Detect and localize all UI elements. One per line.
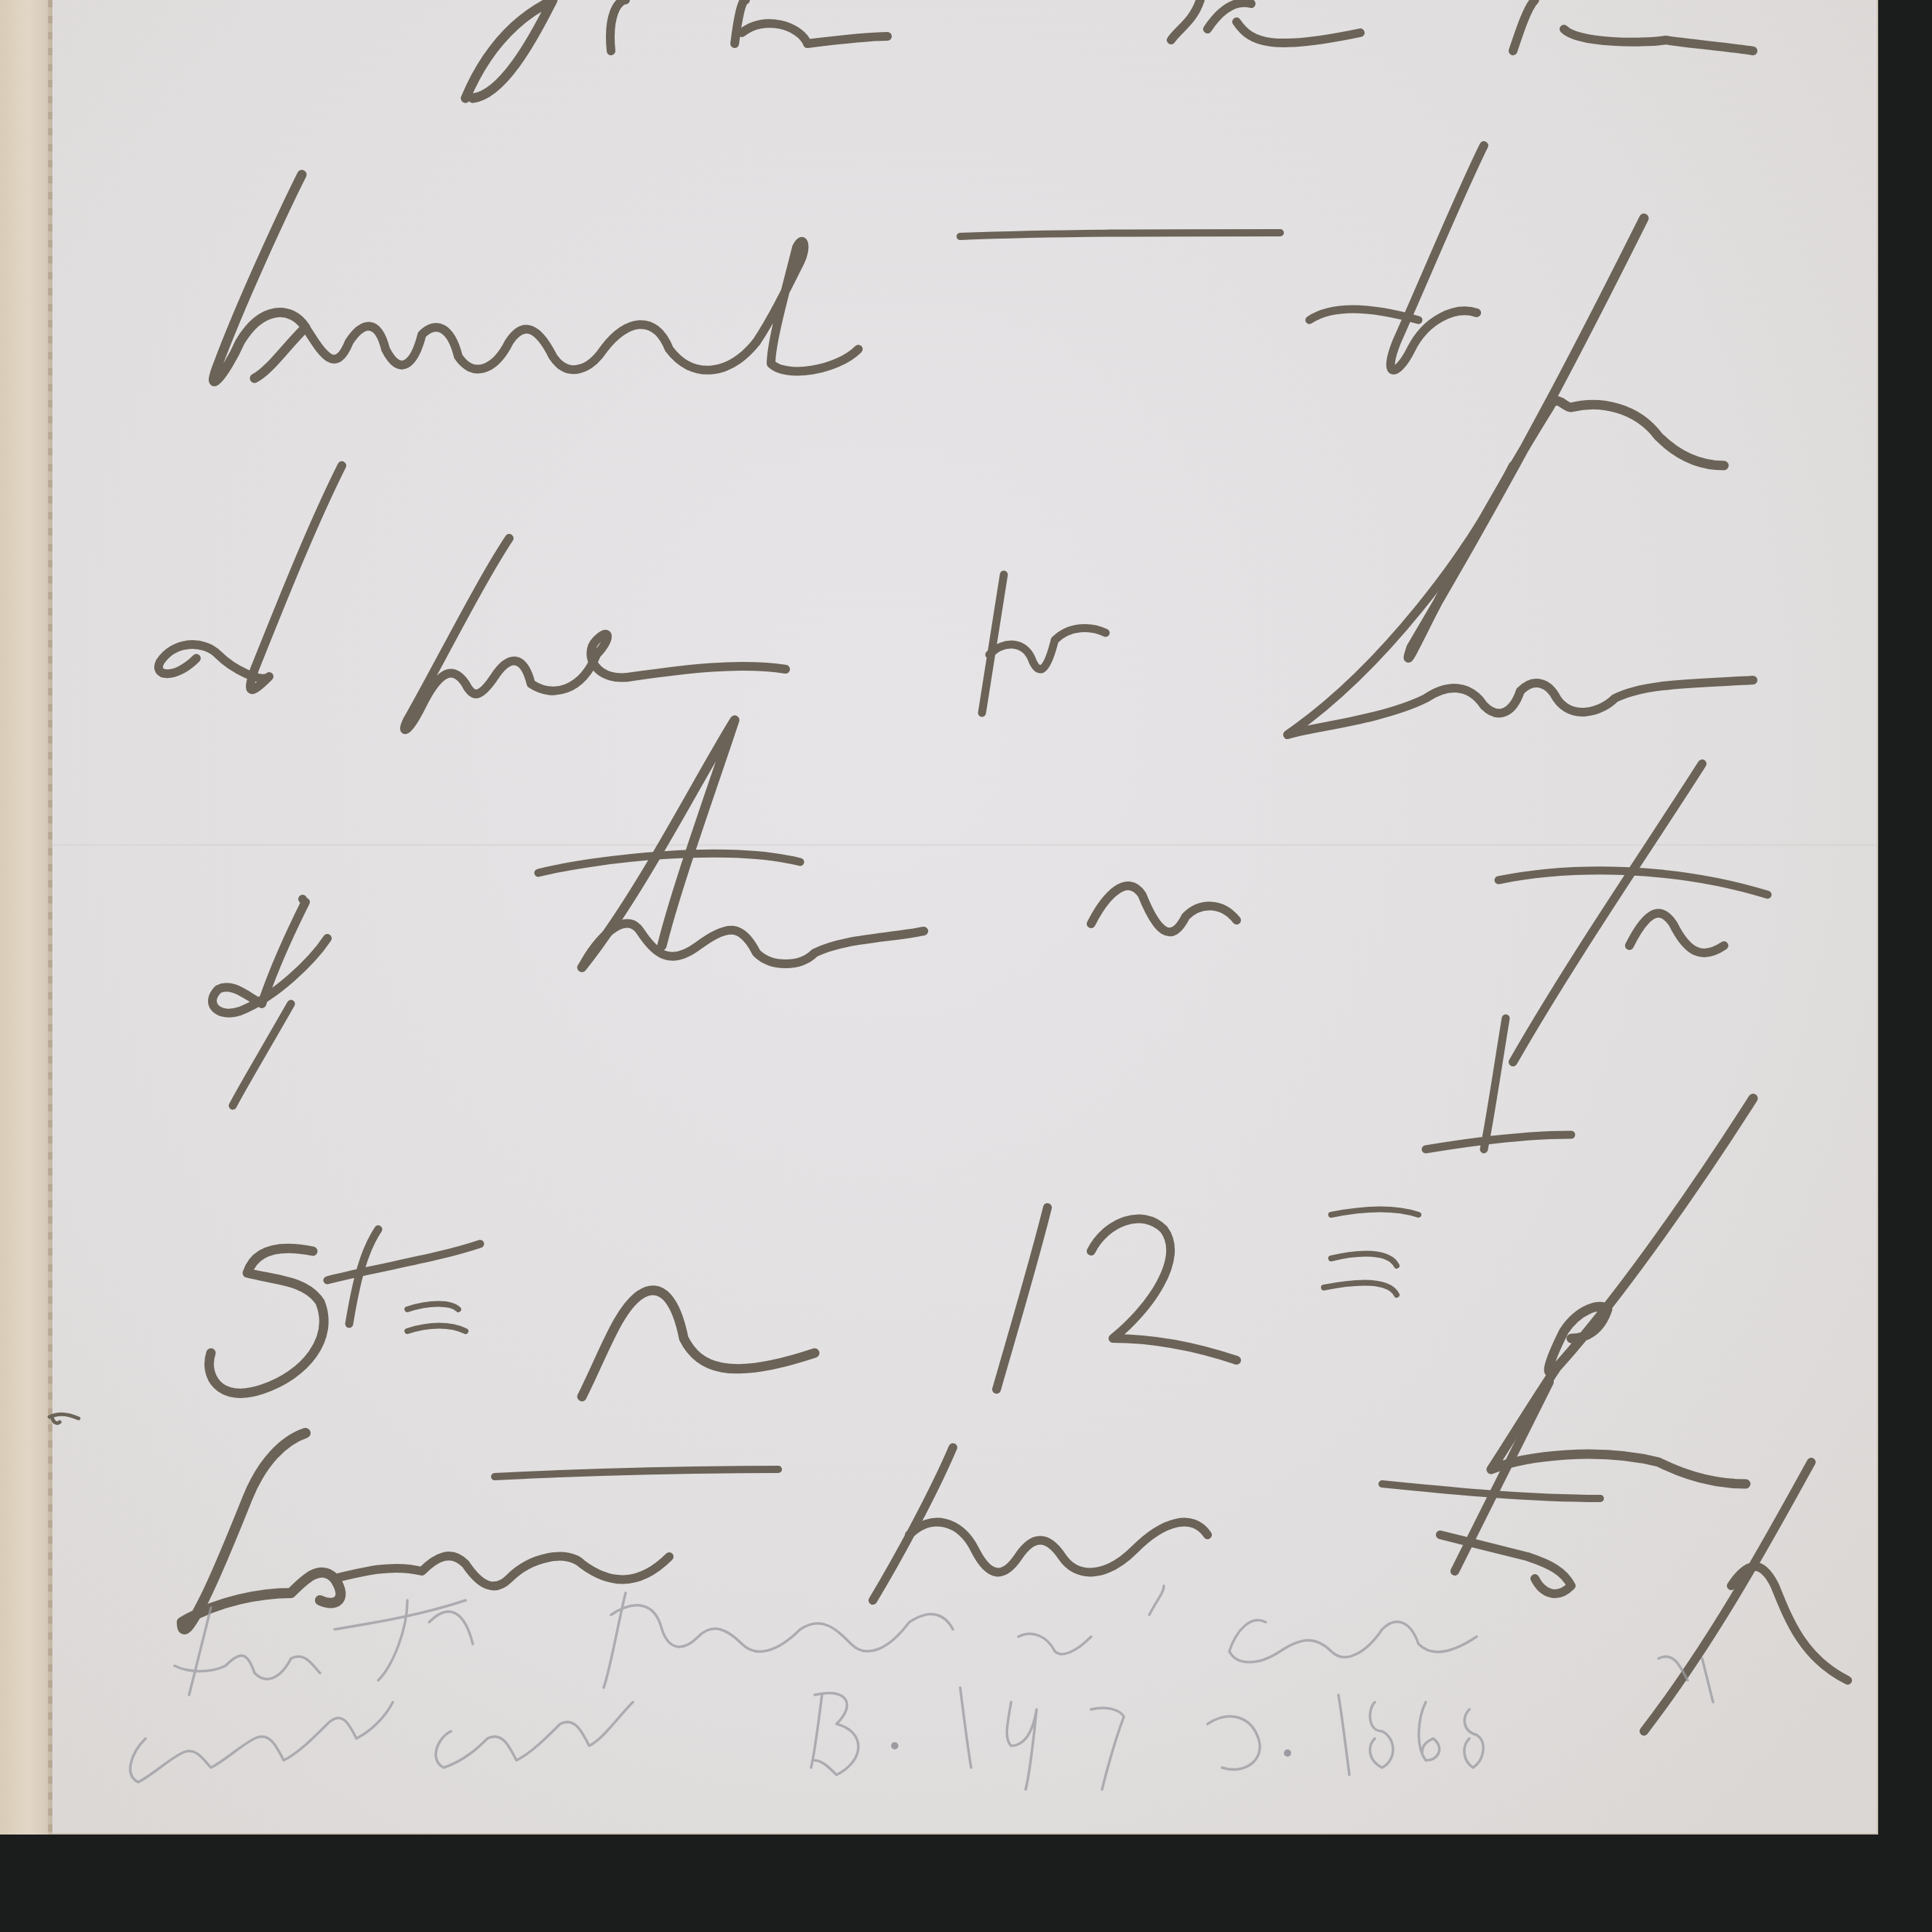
letter-page <box>52 0 1878 1835</box>
paper-crease <box>52 844 1878 846</box>
pencil-annotation-line-1: James Thos Brudenell, earl of Cardigan <box>175 1615 1024 1666</box>
pencil-annotation-line-2: celebrated general B. 1797 D. 1868 <box>124 1702 906 1753</box>
binding-strip <box>0 0 52 1835</box>
photo-scene: will be convenient to you to come as low… <box>0 0 1932 1932</box>
